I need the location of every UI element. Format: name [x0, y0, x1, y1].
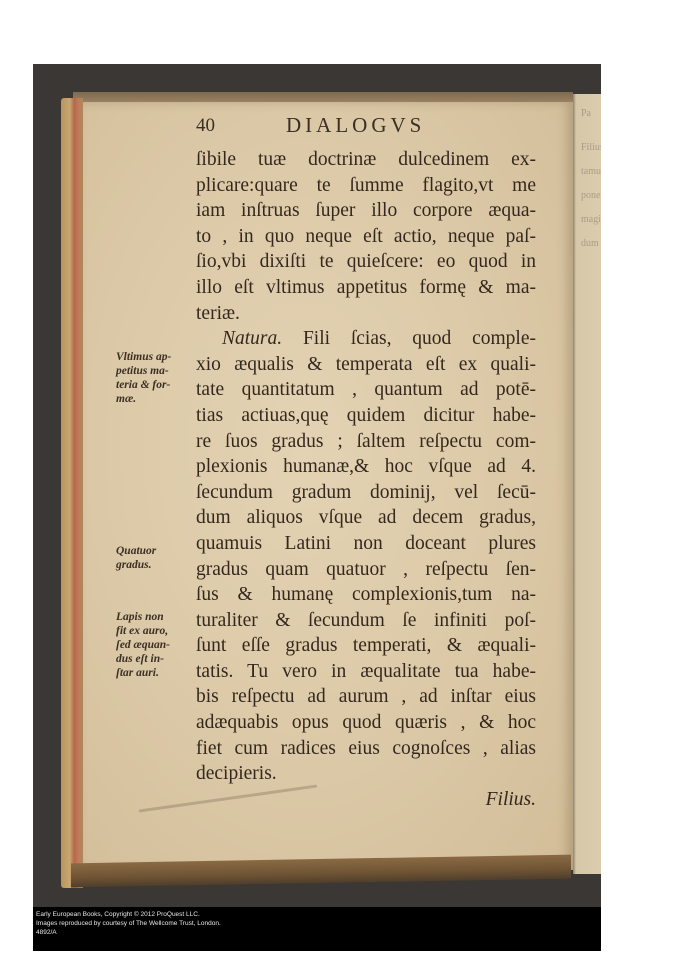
text-line-natura: Natura. Fili ſcias, quod comple- — [196, 326, 536, 352]
facing-ghost-text: Pa — [581, 102, 591, 126]
text-line: to , in quo neque eſt actio, neque paſ- — [196, 224, 536, 250]
copyright-text: Early European Books, Copyright © 2012 P… — [36, 910, 221, 937]
text-line: re ſuos gradus ; ſaltem reſpectu com- — [196, 429, 536, 455]
speaker-name: Natura. — [222, 328, 282, 349]
text-line: tias actiuas,quę quidem dicitur habe- — [196, 403, 536, 429]
text-line: illo eſt vltimus appetitus formę & ma- — [196, 275, 536, 301]
text-line: ſibile tuæ doctrinæ dulcedinem ex- — [196, 147, 536, 173]
text-fragment: Fili ſcias, quod comple- — [282, 328, 536, 349]
facing-ghost-text: tamum — [581, 160, 601, 184]
text-line: quamuis Latini non doceant plures — [196, 531, 536, 557]
text-line: tate quantitatum , quantum ad potē- — [196, 377, 536, 403]
page-body-text: ſibile tuæ doctrinæ dulcedinem ex- plica… — [196, 147, 536, 812]
marginal-note-ultimus: Vltimus ap- petitus ma- teria & for- mæ. — [116, 350, 184, 406]
facing-ghost-text: magis — [581, 208, 601, 232]
text-line: ſunt eſſe gradus temperati, & æquali- — [196, 633, 536, 659]
text-line: tatis. Tu vero in æqualitate tua habe- — [196, 659, 536, 685]
facing-ghost-text: dum — [581, 232, 599, 256]
book-left-edge — [61, 98, 83, 888]
copyright-footer: Early European Books, Copyright © 2012 P… — [33, 907, 601, 951]
marginal-note-lapis: Lapis non fit ex auro, ſed æquan- dus eſ… — [116, 610, 184, 680]
book-page: 40 DIALOGVS ſibile tuæ doctrinæ dulcedin… — [83, 102, 573, 870]
shelfmark: 4892/A — [36, 928, 221, 937]
catchword: Filius. — [196, 787, 536, 813]
text-line: adæquabis opus quod quæris , & hoc — [196, 710, 536, 736]
courtesy-line: Images reproduced by courtesy of The Wel… — [36, 919, 221, 928]
text-line: teriæ. — [196, 301, 536, 327]
text-line: dum aliquos vſque ad decem gradus, — [196, 505, 536, 531]
facing-ghost-text: pone — [581, 184, 600, 208]
text-line: plicare:quare te ſumme flagito,vt me — [196, 173, 536, 199]
text-line: bis reſpectu ad aurum , ad inſtar eius — [196, 684, 536, 710]
scan-image: Pa Filius tamum pone magis dum 40 DIALOG… — [33, 64, 601, 907]
text-line: xio æqualis & temperata eſt ex quali- — [196, 352, 536, 378]
text-line: decipieris. — [196, 761, 536, 787]
facing-ghost-text: Filius — [581, 136, 601, 160]
text-line: fiet cum radices eius cognoſces , alias — [196, 736, 536, 762]
text-line: iam inſtruas ſuper illo corpore æqua- — [196, 198, 536, 224]
text-line: ſus & humanę complexionis,tum na- — [196, 582, 536, 608]
text-line: ſio,vbi dixiſti te quieſcere: eo quod in — [196, 249, 536, 275]
text-line: turaliter & ſecundum ſe infiniti poſ- — [196, 608, 536, 634]
marginal-note-quatuor: Quatuor gradus. — [116, 544, 184, 572]
page-number: 40 — [196, 115, 215, 137]
copyright-line: Early European Books, Copyright © 2012 P… — [36, 910, 221, 919]
text-line: ſecundum gradum dominij, vel ſecū- — [196, 480, 536, 506]
text-line: plexionis humanæ,& hoc vſque ad 4. — [196, 454, 536, 480]
running-head: DIALOGVS — [286, 113, 425, 138]
facing-page-edge: Pa Filius tamum pone magis dum — [573, 94, 601, 874]
text-line: gradus quam quatuor , reſpectu ſen- — [196, 557, 536, 583]
